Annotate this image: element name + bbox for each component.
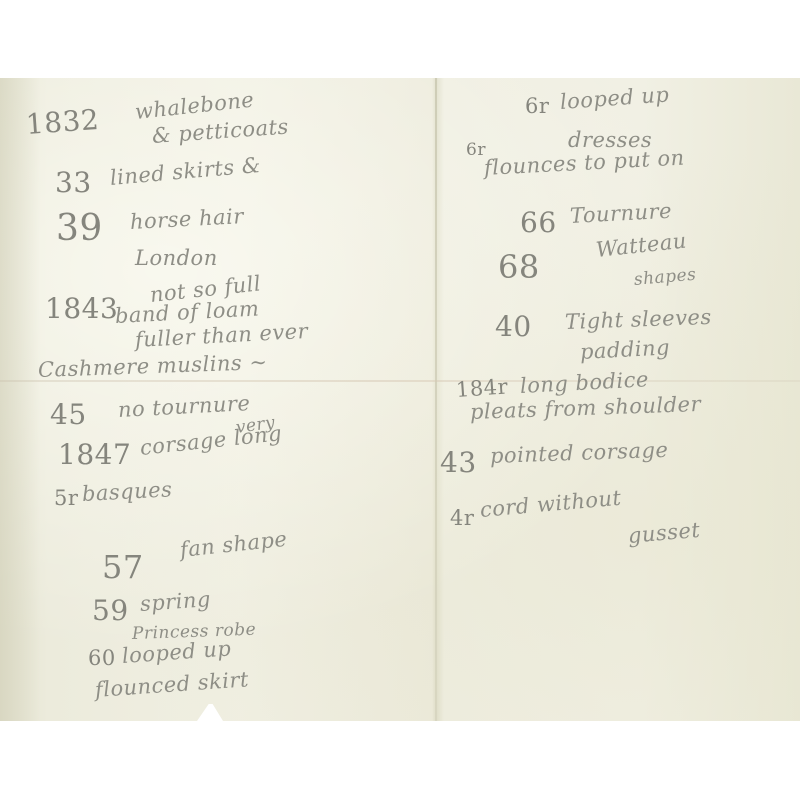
note-text: gusset: [627, 518, 701, 548]
note-number: 1832: [25, 103, 100, 141]
note-text: Tournure: [569, 199, 672, 228]
note-text: flounces to put on: [483, 146, 685, 180]
note-text: pointed corsage: [490, 438, 669, 468]
vertical-fold-line: [435, 78, 437, 721]
note-number: 5r: [54, 486, 78, 510]
note-text: fan shape: [179, 527, 289, 562]
note-text: Watteau: [595, 229, 688, 262]
note-number: 59: [92, 594, 129, 627]
note-number: 6r: [525, 94, 549, 118]
note-number: 66: [520, 206, 557, 239]
note-text: spring: [139, 587, 211, 616]
note-number: 43: [440, 446, 477, 479]
note-text: cord without: [479, 486, 622, 522]
note-text: lined skirts &: [109, 153, 262, 190]
note-number: 60: [88, 646, 116, 670]
note-text: Tight sleeves: [565, 305, 712, 334]
note-text: basques: [81, 477, 173, 506]
note-text: corsage long: [139, 421, 283, 460]
note-number: 39: [56, 208, 103, 249]
note-text: looped up: [559, 82, 670, 114]
horizontal-fold-line: [0, 380, 800, 382]
note-number: 68: [498, 248, 540, 286]
note-text: Cashmere muslins ~: [38, 350, 268, 382]
note-number: 184r: [455, 374, 509, 402]
note-number: 33: [55, 166, 92, 199]
note-number: 1847: [58, 438, 131, 471]
note-number: 1843: [45, 292, 118, 325]
note-number: 40: [495, 310, 532, 343]
paper-tear: [197, 704, 223, 721]
note-text: padding: [579, 335, 670, 364]
note-number: 57: [102, 548, 144, 586]
note-number: 45: [50, 398, 87, 431]
note-text: shapes: [633, 265, 697, 290]
left-edge-shadow: [0, 78, 40, 721]
paper-sheet: 1832 whalebone & petticoats 33 lined ski…: [0, 78, 800, 721]
note-text: London: [135, 246, 218, 270]
note-number: 4r: [450, 506, 474, 530]
note-text: flounced skirt: [94, 667, 249, 702]
note-text: no tournure: [117, 391, 251, 422]
note-text: horse hair: [129, 204, 244, 234]
